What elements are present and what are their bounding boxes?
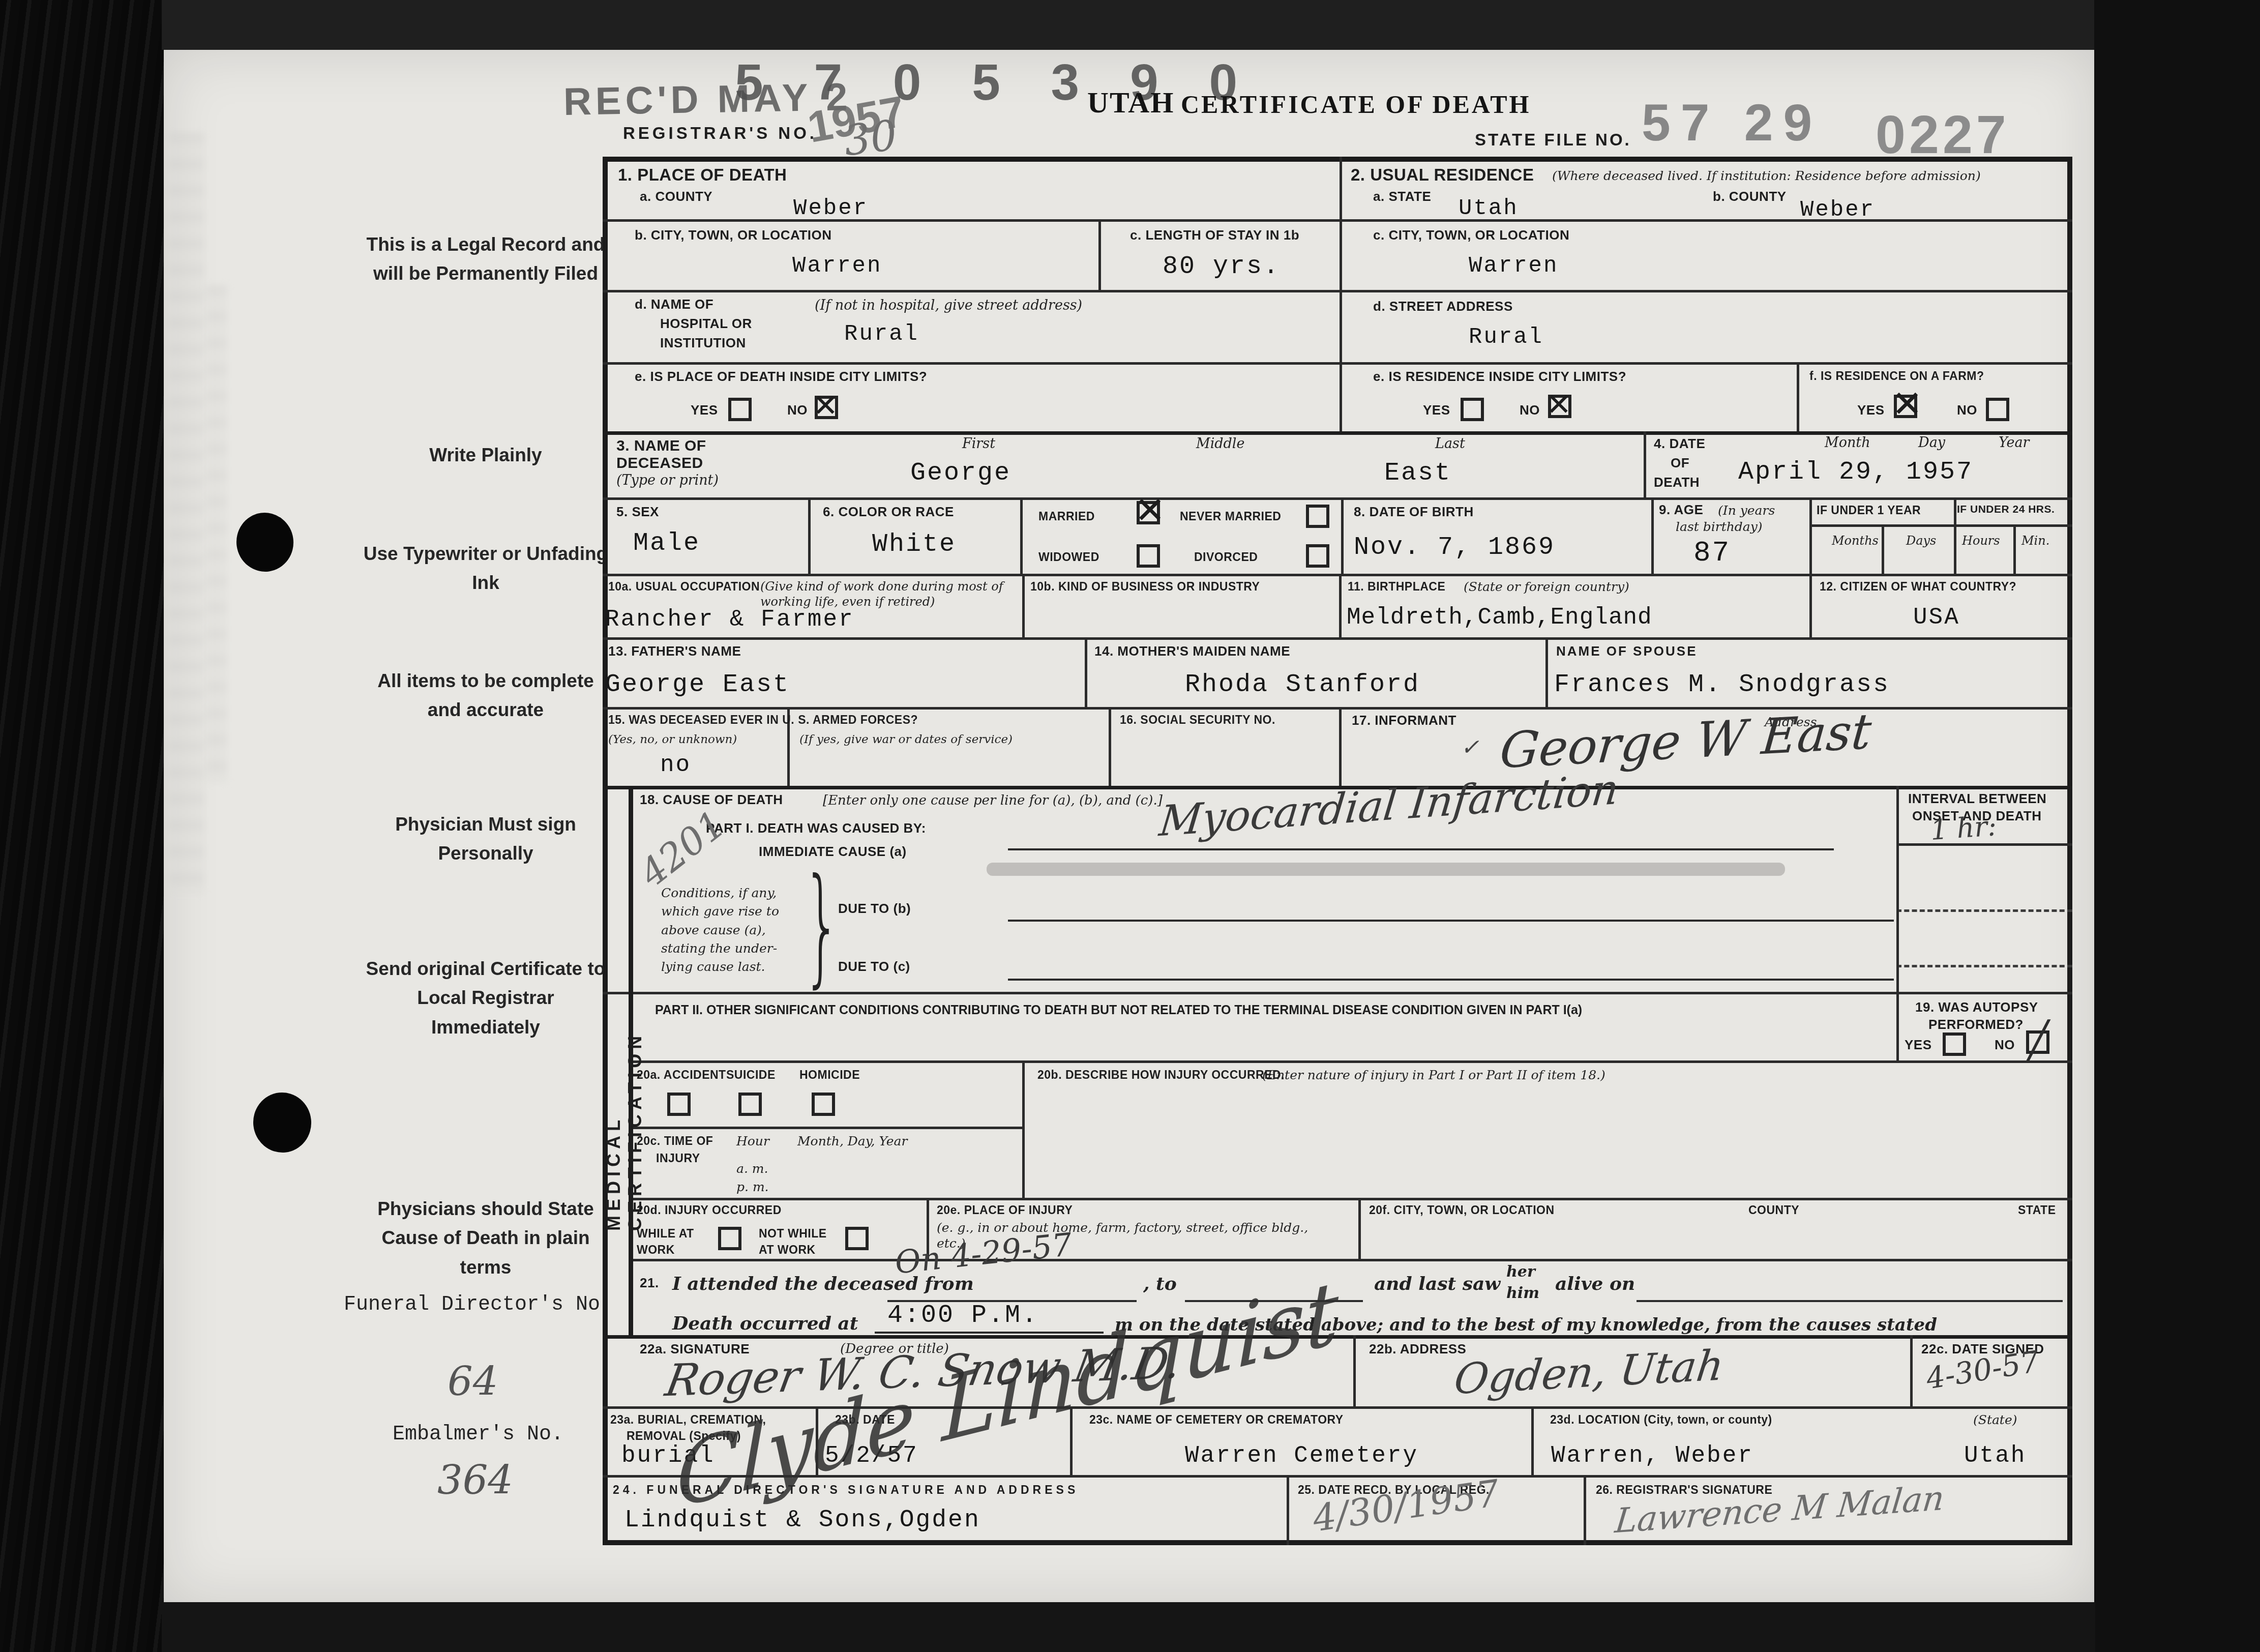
rule: [603, 362, 2072, 365]
place-of-injury-label: 20e. PLACE OF INJURY: [937, 1203, 1073, 1217]
rule: [1085, 637, 1087, 707]
rule: [1353, 1335, 1356, 1406]
never-married-label: NEVER MARRIED: [1180, 510, 1281, 523]
residence-limits-yes-label: YES: [1423, 403, 1450, 418]
armed-forces-label: 15. WAS DECEASED EVER IN U. S. ARMED FOR…: [608, 713, 918, 726]
rule: [1896, 786, 1899, 1060]
checkbox-death-limits-no: ✕: [815, 396, 838, 419]
injury-state-label: STATE: [2018, 1203, 2056, 1217]
date-of-death-label-3: DEATH: [1654, 475, 1700, 490]
interval-label-1: INTERVAL BETWEEN: [1908, 791, 2046, 807]
armed-forces-note-1: (Yes, no, or unknown): [608, 732, 737, 747]
margin-note-write-plainly: Write Plainly: [362, 440, 609, 469]
fathers-name-value: George East: [605, 670, 790, 700]
death-city-limits-label: e. IS PLACE OF DEATH INSIDE CITY LIMITS?: [635, 369, 927, 385]
date-of-birth-label: 8. DATE OF BIRTH: [1354, 505, 1474, 520]
age-note-2: last birthday): [1676, 519, 1763, 535]
margin-note-plain-terms: Physicians should State Cause of Death i…: [362, 1194, 609, 1282]
margin-note-physician-sign: Physician Must sign Personally: [362, 810, 609, 868]
birthplace-note: (State or foreign country): [1464, 579, 1629, 595]
autopsy-label-1: 19. WAS AUTOPSY: [1915, 1000, 2038, 1015]
widowed-label: WIDOWED: [1038, 550, 1099, 564]
rule: [1531, 1406, 1534, 1475]
funeral-directors-no-value: 64: [448, 1362, 498, 1402]
describe-injury-note: (Enter nature of injury in Part I or Par…: [1262, 1067, 1605, 1083]
rule: [631, 1127, 1022, 1129]
armed-forces-note-2: (If yes, give war or dates of service): [799, 732, 1013, 747]
sex-label: 5. SEX: [616, 505, 659, 520]
scanned-death-certificate: REC'D MAY 2 1957 5 7 0 5 3 9 0 REGISTRAR…: [0, 0, 2260, 1652]
rule: [1339, 574, 1342, 637]
days-header: Days: [1906, 533, 1936, 548]
citizen-value: USA: [1913, 604, 1960, 631]
industry-label: 10b. KIND OF BUSINESS OR INDUSTRY: [1030, 580, 1260, 593]
name-of-deceased-label-2: DECEASED: [616, 455, 703, 473]
conditions-brace: }: [802, 863, 841, 991]
checkbox-farm-no: [1986, 398, 2009, 421]
pm-label: p. m.: [736, 1179, 769, 1195]
conditions-note: Conditions, if any, which gave rise to a…: [661, 884, 798, 976]
rule: [808, 497, 811, 574]
rule: [1809, 497, 1812, 574]
if-under-24-hrs-label: IF UNDER 24 HRS.: [1957, 504, 2055, 516]
residence-county-value: Weber: [1800, 197, 1875, 223]
divorced-label: DIVORCED: [1194, 550, 1258, 564]
scan-edge-top: [162, 0, 2260, 50]
autopsy-yes-label: YES: [1905, 1038, 1932, 1053]
hours-header: Hours: [1962, 533, 2000, 548]
length-of-stay-value: 80 yrs.: [1163, 252, 1280, 282]
embalmers-no-value: 364: [437, 1461, 513, 1500]
rule: [603, 637, 2072, 640]
month-day-year-header: Month, Day, Year: [797, 1133, 907, 1149]
checkbox-accident: [667, 1093, 691, 1116]
part1-label: PART I. DEATH WAS CAUSED BY:: [706, 821, 926, 836]
date-of-birth-value: Nov. 7, 1869: [1354, 533, 1555, 563]
rule: [1896, 843, 2072, 846]
color-race-label: 6. COLOR OR RACE: [823, 505, 954, 520]
date-of-death-label-2: OF: [1671, 456, 1689, 471]
registrars-no-value: 30: [842, 115, 900, 163]
residence-state-value: Utah: [1459, 196, 1519, 222]
part2-label: PART II. OTHER SIGNIFICANT CONDITIONS CO…: [655, 1003, 1582, 1018]
date-of-death-label-1: 4. DATE: [1654, 436, 1705, 452]
due-to-c-line: [1008, 979, 1894, 981]
rule: [1022, 1060, 1025, 1198]
if-under-1-year-label: IF UNDER 1 YEAR: [1817, 504, 1921, 517]
blank-line: [1637, 1300, 2063, 1302]
title-state: UTAH: [1087, 85, 1174, 120]
injury-occurred-label: 20d. INJURY OCCURRED: [637, 1203, 782, 1217]
ssn-label: 16. SOCIAL SECURITY NO.: [1120, 713, 1275, 726]
checkbox-married: ✕: [1137, 501, 1160, 524]
death-time-value: 4:00 P.M.: [887, 1301, 1038, 1331]
cemetery-location-value: Warren, Weber: [1551, 1442, 1753, 1469]
checkbox-widowed: [1137, 544, 1160, 568]
rule: [1954, 497, 1956, 574]
title-certificate: CERTIFICATE OF DEATH: [1181, 90, 1531, 119]
injury-city-label: 20f. CITY, TOWN, OR LOCATION: [1369, 1203, 1555, 1217]
farm-yes-label: YES: [1857, 403, 1885, 418]
age-label: 9. AGE: [1659, 503, 1703, 518]
sex-value: Male: [633, 529, 700, 558]
rule: [631, 1259, 2072, 1261]
rule: [603, 290, 2072, 292]
rule: [631, 1198, 2072, 1200]
margin-note-typewriter: Use Typewriter or Unfading Ink: [362, 539, 609, 598]
residence-limits-no-label: NO: [1520, 403, 1540, 418]
rule: [1896, 965, 2072, 967]
name-of-deceased-label-1: 3. NAME OF: [616, 437, 706, 455]
due-to-b-label: DUE TO (b): [838, 901, 911, 917]
not-while-label-1: NOT WHILE: [759, 1227, 827, 1240]
informant-label: 17. INFORMANT: [1352, 713, 1456, 728]
mothers-maiden-label: 14. MOTHER'S MAIDEN NAME: [1094, 644, 1290, 659]
hospital-label-2: HOSPITAL OR: [660, 316, 752, 332]
city-town-label: b. CITY, TOWN, OR LOCATION: [635, 228, 832, 243]
rule: [1809, 524, 2072, 527]
autopsy-label-2: PERFORMED?: [1928, 1017, 2024, 1032]
rule: [1545, 637, 1548, 707]
him-word: him: [1506, 1284, 1539, 1303]
serial-number-stamp: 5 7 0 5 3 9 0: [735, 57, 1256, 108]
registrars-no-label: REGISTRAR'S NO.: [623, 124, 817, 143]
margin-note-complete: All items to be complete and accurate: [362, 666, 609, 725]
hour-header: Hour: [736, 1133, 769, 1149]
first-name-value: George: [910, 459, 1011, 488]
ink-bleed-through: [169, 132, 204, 895]
residence-state-label: a. STATE: [1373, 189, 1431, 204]
birthplace-value: Meldreth,Camb,England: [1347, 604, 1652, 631]
not-while-label-2: AT WORK: [759, 1243, 816, 1256]
funeral-directors-no-label: Funeral Director's No.: [336, 1292, 620, 1318]
residence-farm-label: f. IS RESIDENCE ON A FARM?: [1809, 369, 1984, 382]
spouse-value: Frances M. Snodgrass: [1554, 670, 1890, 700]
accident-label: 20a. ACCIDENT: [637, 1068, 726, 1081]
rule: [1340, 157, 1342, 431]
interval-value: 1 hr:: [1929, 812, 1998, 844]
citizen-label: 12. CITIZEN OF WHAT COUNTRY?: [1820, 580, 2016, 593]
while-at-work-label-1: WHILE AT: [637, 1227, 694, 1240]
place-of-death-header: 1. PLACE OF DEATH: [618, 165, 787, 185]
checkbox-autopsy-yes: [1943, 1032, 1966, 1056]
rule: [1109, 707, 1111, 786]
suicide-label: SUICIDE: [726, 1068, 776, 1081]
embalmers-no-label: Embalmer's No.: [336, 1422, 620, 1448]
usual-residence-note: (Where deceased lived. If institution: R…: [1552, 168, 1981, 184]
street-address-value: Rural: [1469, 324, 1543, 350]
min-header: Min.: [2021, 533, 2049, 548]
rule: [1651, 497, 1654, 574]
occupation-label: 10a. USUAL OCCUPATION: [608, 580, 760, 593]
last-saw-text: and last saw: [1374, 1273, 1500, 1295]
ink-bleed-through: [206, 285, 227, 783]
due-to-b-line: [1008, 920, 1894, 922]
checkbox-never-married: [1306, 505, 1329, 528]
rule: [1287, 1475, 1289, 1545]
farm-no-label: NO: [1957, 403, 1977, 418]
usual-residence-header: 2. USUAL RESIDENCE: [1351, 165, 1534, 185]
rule: [2013, 524, 2016, 574]
rule: [1882, 524, 1884, 574]
rule: [1910, 1335, 1913, 1406]
residence-county-label: b. COUNTY: [1713, 189, 1787, 204]
scan-edge-left: [0, 0, 164, 1652]
fathers-name-label: 13. FATHER'S NAME: [608, 644, 741, 659]
medical-certification-vertical-label: MEDICAL CERTIFICATION: [603, 956, 646, 1231]
cemetery-value: Warren Cemetery: [1185, 1442, 1418, 1469]
while-at-work-label-2: WORK: [637, 1243, 675, 1256]
death-occurred-text: Death occurred at: [672, 1312, 858, 1335]
attended-number: 21.: [640, 1276, 659, 1291]
checkbox-divorced: [1306, 544, 1329, 568]
scan-edge-right: [2094, 0, 2260, 1652]
middle-name-header: Middle: [1196, 435, 1244, 453]
checkbox-not-while-at-work: [845, 1227, 869, 1250]
autopsy-no-label: NO: [1995, 1038, 2015, 1053]
city-town-value: Warren: [792, 253, 882, 279]
date-of-death-value: April 29, 1957: [1738, 458, 1973, 487]
state-file-no-label: STATE FILE NO.: [1475, 130, 1631, 150]
rule: [1358, 1198, 1361, 1259]
state-note: (State): [1973, 1412, 2017, 1428]
checkbox-residence-limits-no: ✕: [1548, 395, 1571, 418]
married-label: MARRIED: [1038, 510, 1095, 523]
death-limits-no-label: NO: [787, 403, 808, 418]
time-of-injury-label-1: 20c. TIME OF: [637, 1134, 713, 1147]
armed-forces-value: no: [660, 752, 691, 779]
checkbox-suicide: [738, 1093, 762, 1116]
color-race-value: White: [872, 530, 956, 559]
checkbox-residence-limits-yes: [1461, 398, 1484, 421]
checkbox-while-at-work: [718, 1227, 741, 1250]
am-label: a. m.: [736, 1161, 768, 1176]
age-value: 87: [1693, 537, 1731, 569]
cause-of-death-header: 18. CAUSE OF DEATH: [640, 792, 783, 808]
mothers-maiden-value: Rhoda Stanford: [1185, 670, 1420, 700]
rule: [1896, 909, 2072, 912]
type-or-print-note: (Type or print): [616, 472, 719, 489]
checkbox-death-limits-yes: [728, 398, 752, 421]
year-header: Year: [1999, 434, 2029, 452]
residence-city-limits-label: e. IS RESIDENCE INSIDE CITY LIMITS?: [1373, 369, 1626, 385]
age-note-1: (In years: [1718, 503, 1775, 518]
street-address-label: d. STREET ADDRESS: [1373, 299, 1513, 314]
due-to-c-label: DUE TO (c): [838, 959, 910, 975]
cause-of-death-note: [Enter only one cause per line for (a), …: [823, 792, 1163, 809]
attended-to-text: , to: [1143, 1273, 1177, 1295]
last-name-header: Last: [1435, 435, 1465, 453]
rule: [1644, 431, 1646, 497]
occupation-note: (Give kind of work done during most of w…: [760, 579, 1025, 609]
cause-smudge: [987, 863, 1785, 876]
residence-city-label: c. CITY, TOWN, OR LOCATION: [1373, 228, 1569, 243]
time-of-injury-label-2: INJURY: [656, 1152, 700, 1165]
physician-address-label: 22b. ADDRESS: [1369, 1342, 1466, 1357]
day-header: Day: [1918, 434, 1945, 452]
checkbox-homicide: [812, 1093, 835, 1116]
cemetery-location-label: 23d. LOCATION (City, town, or county): [1550, 1413, 1772, 1426]
scan-edge-bottom: [162, 1602, 2095, 1652]
rule: [603, 497, 2072, 500]
birthplace-label: 11. BIRTHPLACE: [1348, 580, 1445, 593]
her-word: her: [1506, 1262, 1535, 1282]
injury-county-label: COUNTY: [1748, 1203, 1799, 1217]
state-file-no-stamp-right: 0227: [1876, 108, 2010, 162]
rule: [1339, 707, 1342, 786]
months-header: Months: [1832, 533, 1879, 548]
first-name-header: First: [962, 435, 995, 453]
hospital-note: (If not in hospital, give street address…: [815, 297, 1082, 314]
hospital-label-1: d. NAME OF: [635, 297, 713, 312]
cause-underline: [1008, 848, 1834, 850]
state-file-no-stamp-left: 57 29: [1642, 97, 1822, 149]
occupation-value: Rancher & Farmer: [605, 606, 854, 633]
rule: [1797, 362, 1799, 431]
county-label: a. COUNTY: [640, 189, 712, 204]
county-value: Weber: [793, 196, 868, 222]
death-limits-yes-label: YES: [691, 403, 718, 418]
rule: [1584, 1475, 1586, 1545]
month-header: Month: [1825, 434, 1870, 452]
alive-on-text: alive on: [1555, 1273, 1635, 1295]
checkbox-farm-yes: ✕: [1894, 395, 1917, 418]
rule: [603, 574, 2072, 576]
last-name-value: East: [1384, 459, 1451, 488]
rule: [631, 1060, 2072, 1063]
rule: [1098, 219, 1101, 290]
residence-city-value: Warren: [1469, 253, 1558, 279]
informant-checkmark: ✓: [1461, 736, 1479, 759]
rule: [1809, 574, 1812, 637]
rule: [1341, 497, 1344, 574]
homicide-label: HOMICIDE: [799, 1068, 860, 1081]
hospital-value: Rural: [844, 321, 919, 347]
hospital-label-3: INSTITUTION: [660, 336, 746, 351]
margin-note-legal-record: This is a Legal Record and will be Perma…: [362, 230, 609, 288]
describe-injury-label: 20b. DESCRIBE HOW INJURY OCCURRED.: [1037, 1068, 1285, 1081]
rule: [1020, 497, 1023, 574]
checkbox-autopsy-no: ╱: [2026, 1030, 2049, 1054]
margin-note-send-original: Send original Certificate to Local Regis…: [362, 954, 609, 1042]
length-of-stay-label: c. LENGTH OF STAY IN 1b: [1130, 228, 1299, 243]
spouse-label: NAME OF SPOUSE: [1556, 644, 1697, 659]
cemetery-state-value: Utah: [1964, 1442, 2026, 1469]
